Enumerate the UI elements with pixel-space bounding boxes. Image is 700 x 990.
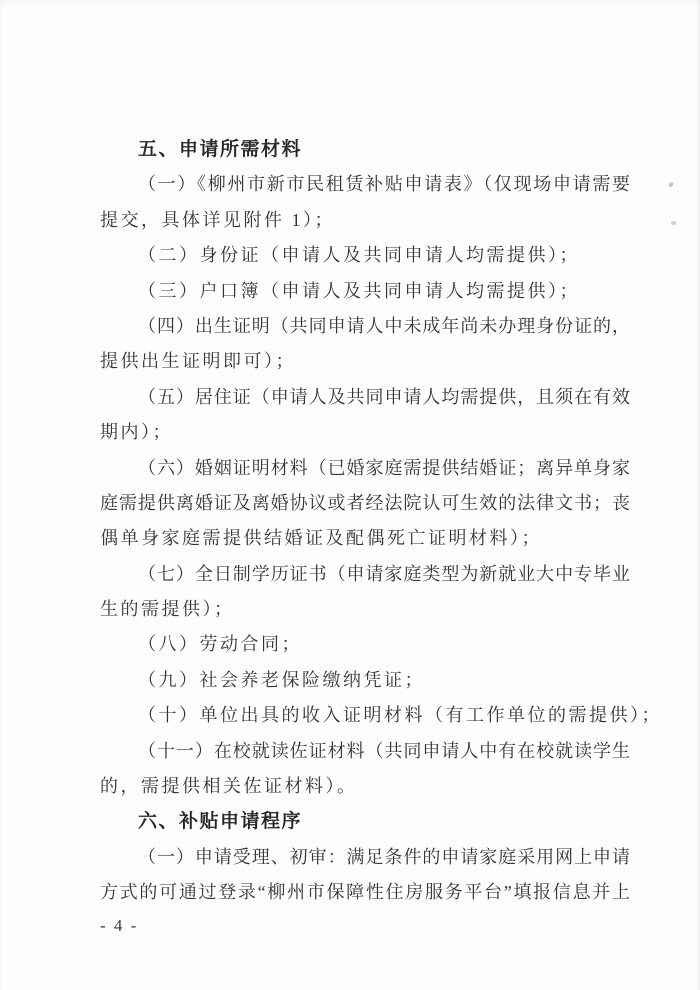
text-line: （六）婚姻证明材料（已婚家庭需提供结婚证；离异单身家 xyxy=(100,451,630,486)
text-line: （十一）在校就读佐证材料（共同申请人中有在校就读学生 xyxy=(100,734,630,769)
scan-artifact-speck xyxy=(668,181,674,187)
text-line: （九）社会养老保险缴纳凭证； xyxy=(100,663,630,698)
section-heading: 六、补贴申请程序 xyxy=(100,804,630,839)
text-line: 提交，具体详见附件 1）； xyxy=(100,203,630,238)
text-line: （一）申请受理、初审：满足条件的申请家庭采用网上申请 xyxy=(100,840,630,875)
text-line: 偶单身家庭需提供结婚证及配偶死亡证明材料）； xyxy=(100,521,630,556)
document-page: 五、申请所需材料（一）《柳州市新市民租赁补贴申请表》（仅现场申请需要提交，具体详… xyxy=(0,0,700,990)
text-line: 生的需提供）； xyxy=(100,592,630,627)
page-number: - 4 - xyxy=(100,912,138,940)
text-block: 五、申请所需材料（一）《柳州市新市民租赁补贴申请表》（仅现场申请需要提交，具体详… xyxy=(100,132,630,911)
text-line: （四）出生证明（共同申请人中未成年尚未办理身份证的， xyxy=(100,309,630,344)
text-line: （八）劳动合同； xyxy=(100,627,630,662)
text-line: （五）居住证（申请人及共同申请人均需提供，且须在有效 xyxy=(100,380,630,415)
section-heading: 五、申请所需材料 xyxy=(100,132,630,167)
text-line: 庭需提供离婚证及离婚协议或者经法院认可生效的法律文书；丧 xyxy=(100,486,630,521)
text-line: 期内）； xyxy=(100,415,630,450)
text-line: 提供出生证明即可）； xyxy=(100,344,630,379)
scan-artifact-speck xyxy=(670,220,676,226)
text-line: （二）身份证（申请人及共同申请人均需提供）； xyxy=(100,238,630,273)
text-line: （一）《柳州市新市民租赁补贴申请表》（仅现场申请需要 xyxy=(100,167,630,202)
scan-edge-top xyxy=(0,0,700,7)
text-line: 的，需提供相关佐证材料）。 xyxy=(100,769,630,804)
scan-edge-left xyxy=(0,0,3,990)
text-line: （三）户口簿（申请人及共同申请人均需提供）； xyxy=(100,274,630,309)
text-line: 方式的可通过登录“柳州市保障性住房服务平台”填报信息并上 xyxy=(100,875,630,910)
text-line: （十）单位出具的收入证明材料（有工作单位的需提供）； xyxy=(100,698,630,733)
text-line: （七）全日制学历证书（申请家庭类型为新就业大中专毕业 xyxy=(100,557,630,592)
